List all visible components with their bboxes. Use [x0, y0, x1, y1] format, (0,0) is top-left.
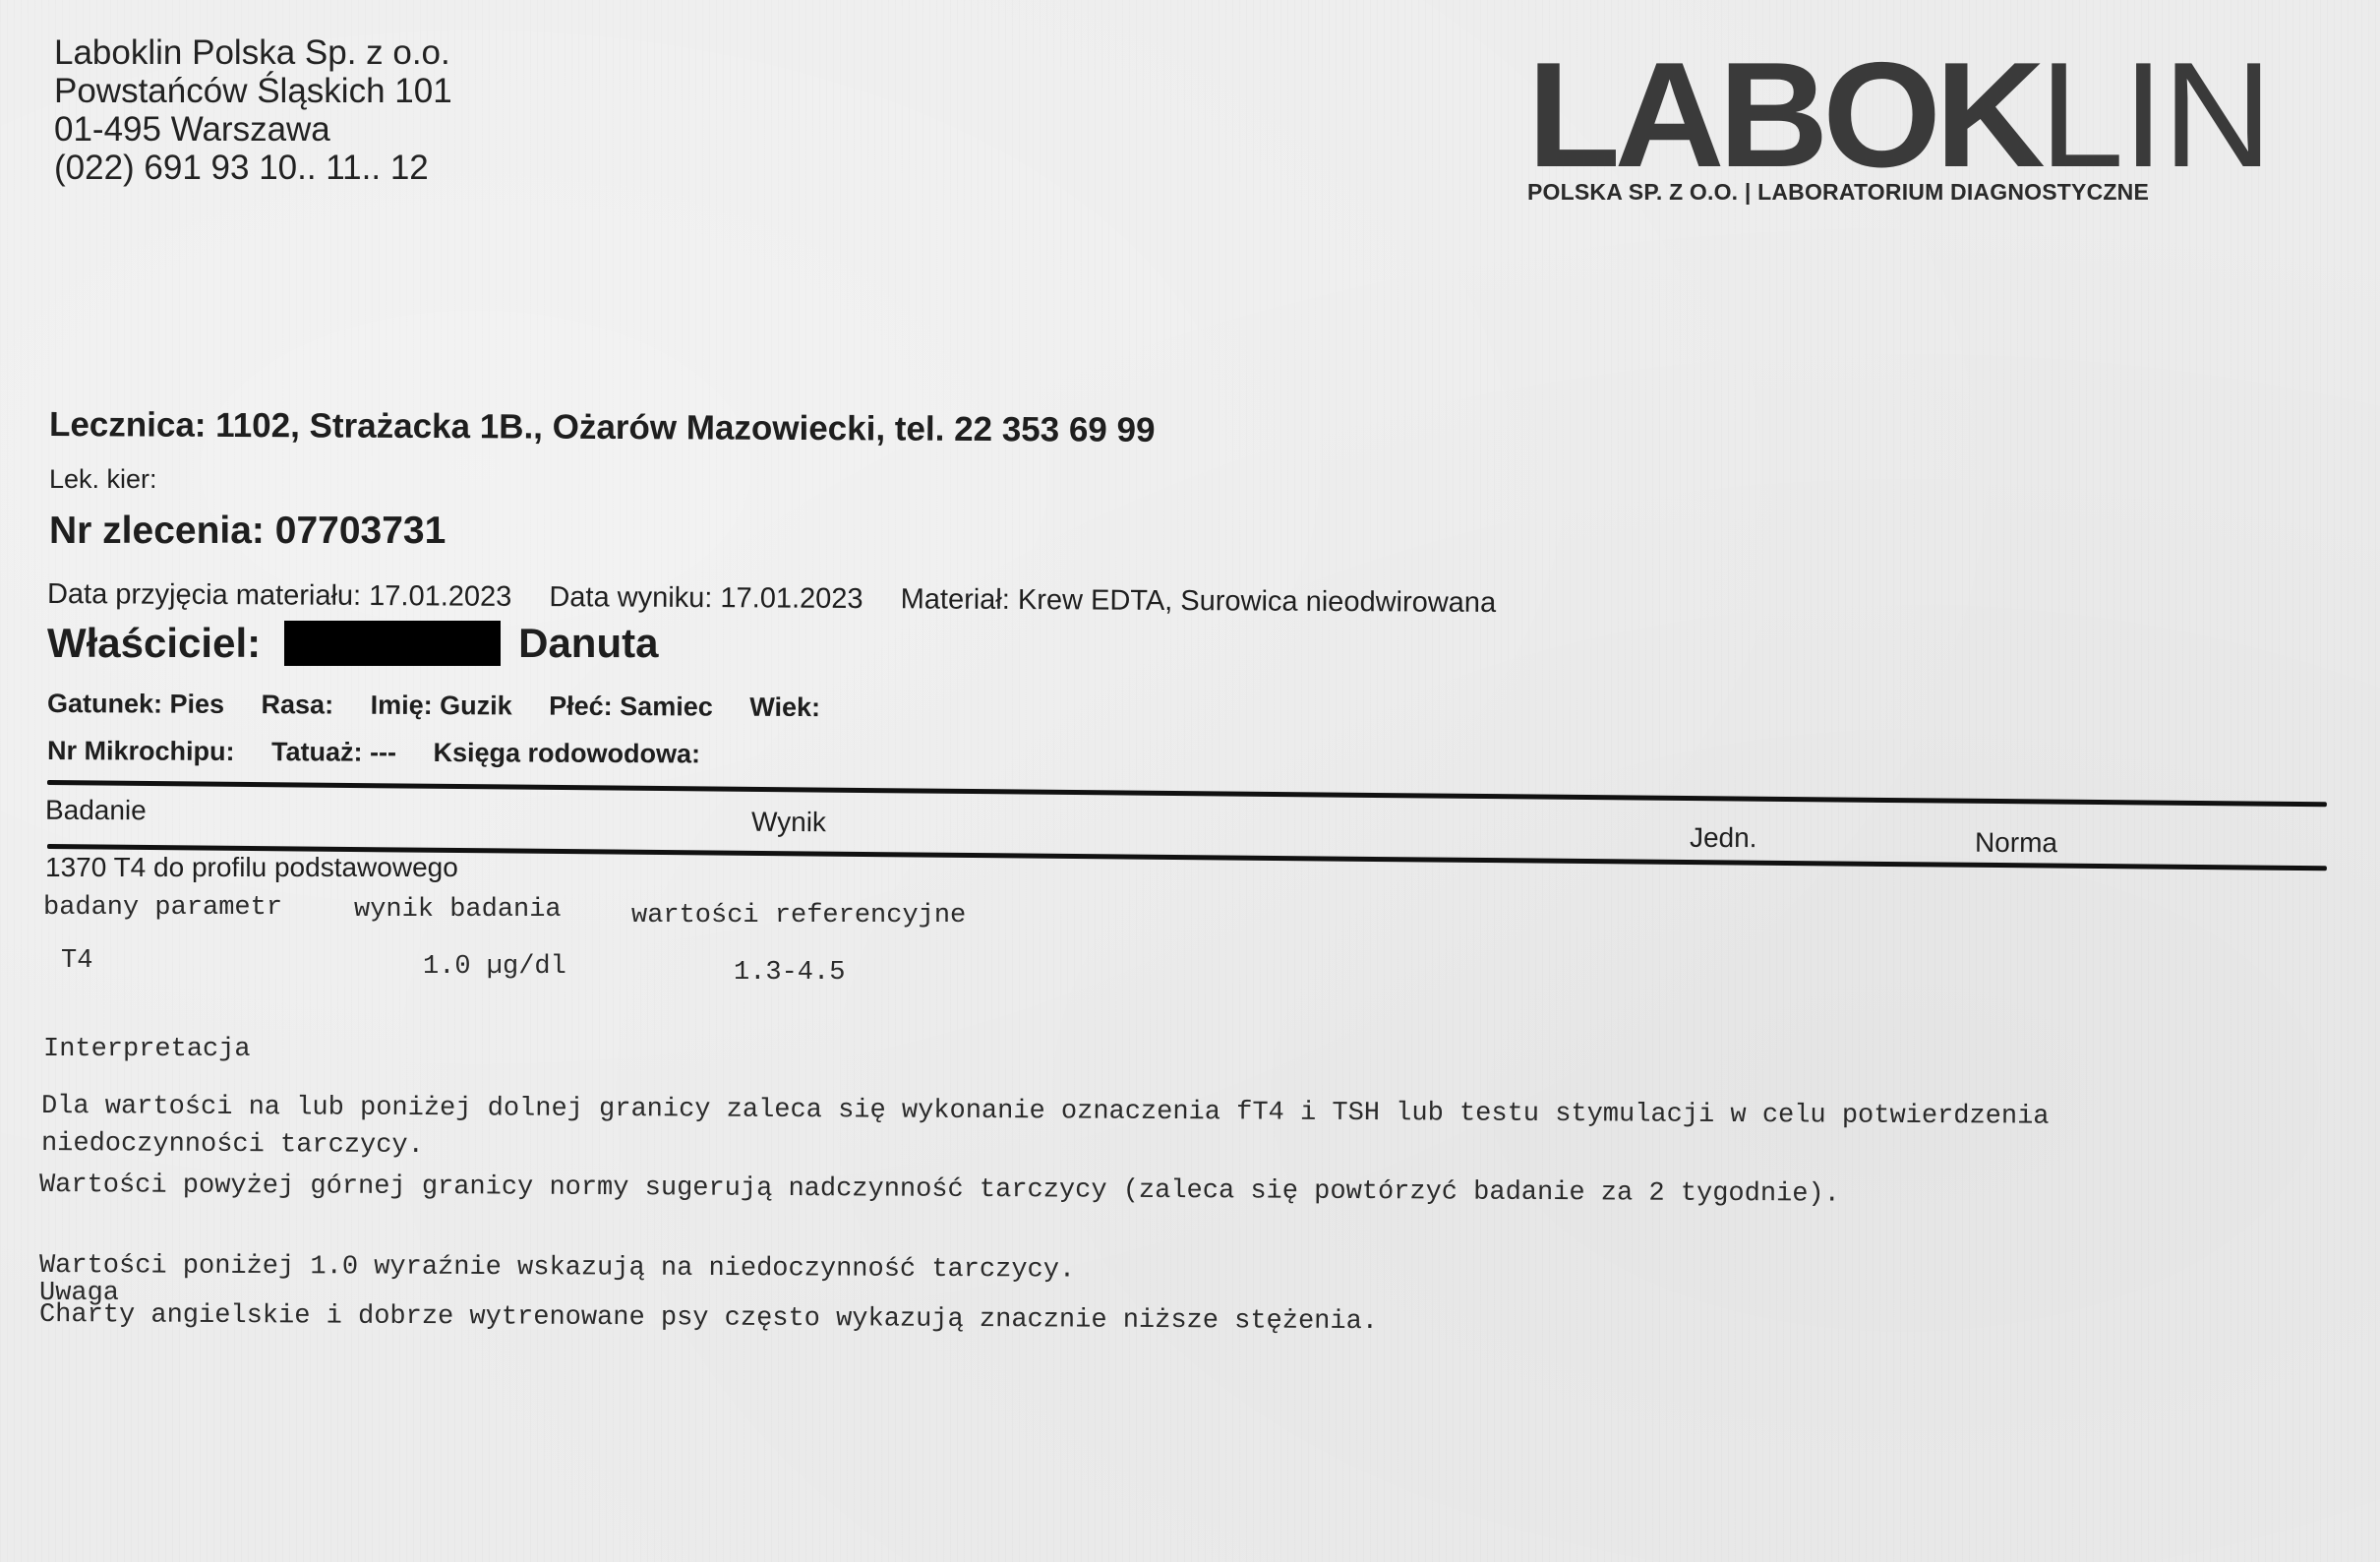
redaction-bar [284, 621, 501, 666]
header-jedn: Jedn. [1690, 822, 1757, 854]
order-number: Nr zlecenia: 07703731 [49, 510, 446, 553]
animal-name: Imię: Guzik [371, 691, 512, 721]
interpretation-p1-line2: niedoczynności tarczycy. [41, 1129, 424, 1161]
sex: Płeć: Samiec [549, 691, 713, 722]
test-profile: 1370 T4 do profilu podstawowego [45, 852, 458, 883]
lab-address-line: Powstańców Śląskich 101 [54, 72, 452, 110]
laboklin-logo: LABOKLIN POLSKA SP. Z O.O. | LABORATORIU… [1527, 51, 2256, 206]
header-badanie: Badanie [45, 795, 147, 827]
lab-address-line: 01-495 Warszawa [54, 110, 452, 149]
header-wynik: Wynik [751, 807, 826, 838]
microchip: Nr Mikrochipu: [47, 736, 235, 766]
owner-label: Właściciel: [47, 620, 261, 667]
subheader-parameter: badany parametr [43, 893, 282, 923]
subheader-reference: wartości referencyjne [631, 901, 966, 931]
result-parameter: T4 [61, 946, 92, 976]
lead-vet-label: Lek. kier: [49, 464, 157, 495]
subheader-result: wynik badania [354, 895, 562, 925]
material: Materiał: Krew EDTA, Surowica nieodwirow… [901, 583, 1497, 619]
header-norma: Norma [1975, 827, 2057, 859]
lab-address-line: Laboklin Polska Sp. z o.o. [54, 33, 452, 72]
logo-wordmark: LABOKLIN [1527, 51, 2271, 179]
animal-info-row-2: Nr Mikrochipu: Tatuaż: --- Księga rodowo… [47, 736, 730, 770]
interpretation-title: Interpretacja [43, 1035, 251, 1064]
animal-info-row-1: Gatunek: Pies Rasa: Imię: Guzik Płeć: Sa… [47, 689, 850, 723]
species: Gatunek: Pies [47, 689, 224, 719]
result-value: 1.0 µg/dl [423, 952, 566, 982]
received-date: Data przyjęcia materiału: 17.01.2023 [47, 578, 512, 613]
age: Wiek: [749, 692, 820, 722]
owner-name: Danuta [518, 620, 658, 667]
interpretation-p3: Wartości poniżej 1.0 wyraźnie wskazują n… [39, 1251, 1075, 1286]
logo-word-bold: LABOK [1527, 31, 2040, 199]
result-date: Data wyniku: 17.01.2023 [549, 581, 863, 615]
owner: Właściciel: Danuta [47, 620, 658, 667]
logo-word-thin: LIN [2040, 31, 2271, 199]
tattoo: Tatuaż: --- [271, 737, 396, 767]
lab-address: Laboklin Polska Sp. z o.o. Powstańców Śl… [54, 33, 452, 187]
clinic-line: Lecznica: 1102, Strażacka 1B., Ożarów Ma… [49, 405, 1156, 451]
result-reference: 1.3-4.5 [734, 958, 845, 988]
lab-phone: (022) 691 93 10.. 11.. 12 [54, 149, 452, 187]
pedigree-book: Księga rodowodowa: [433, 738, 700, 768]
breed: Rasa: [261, 690, 333, 719]
